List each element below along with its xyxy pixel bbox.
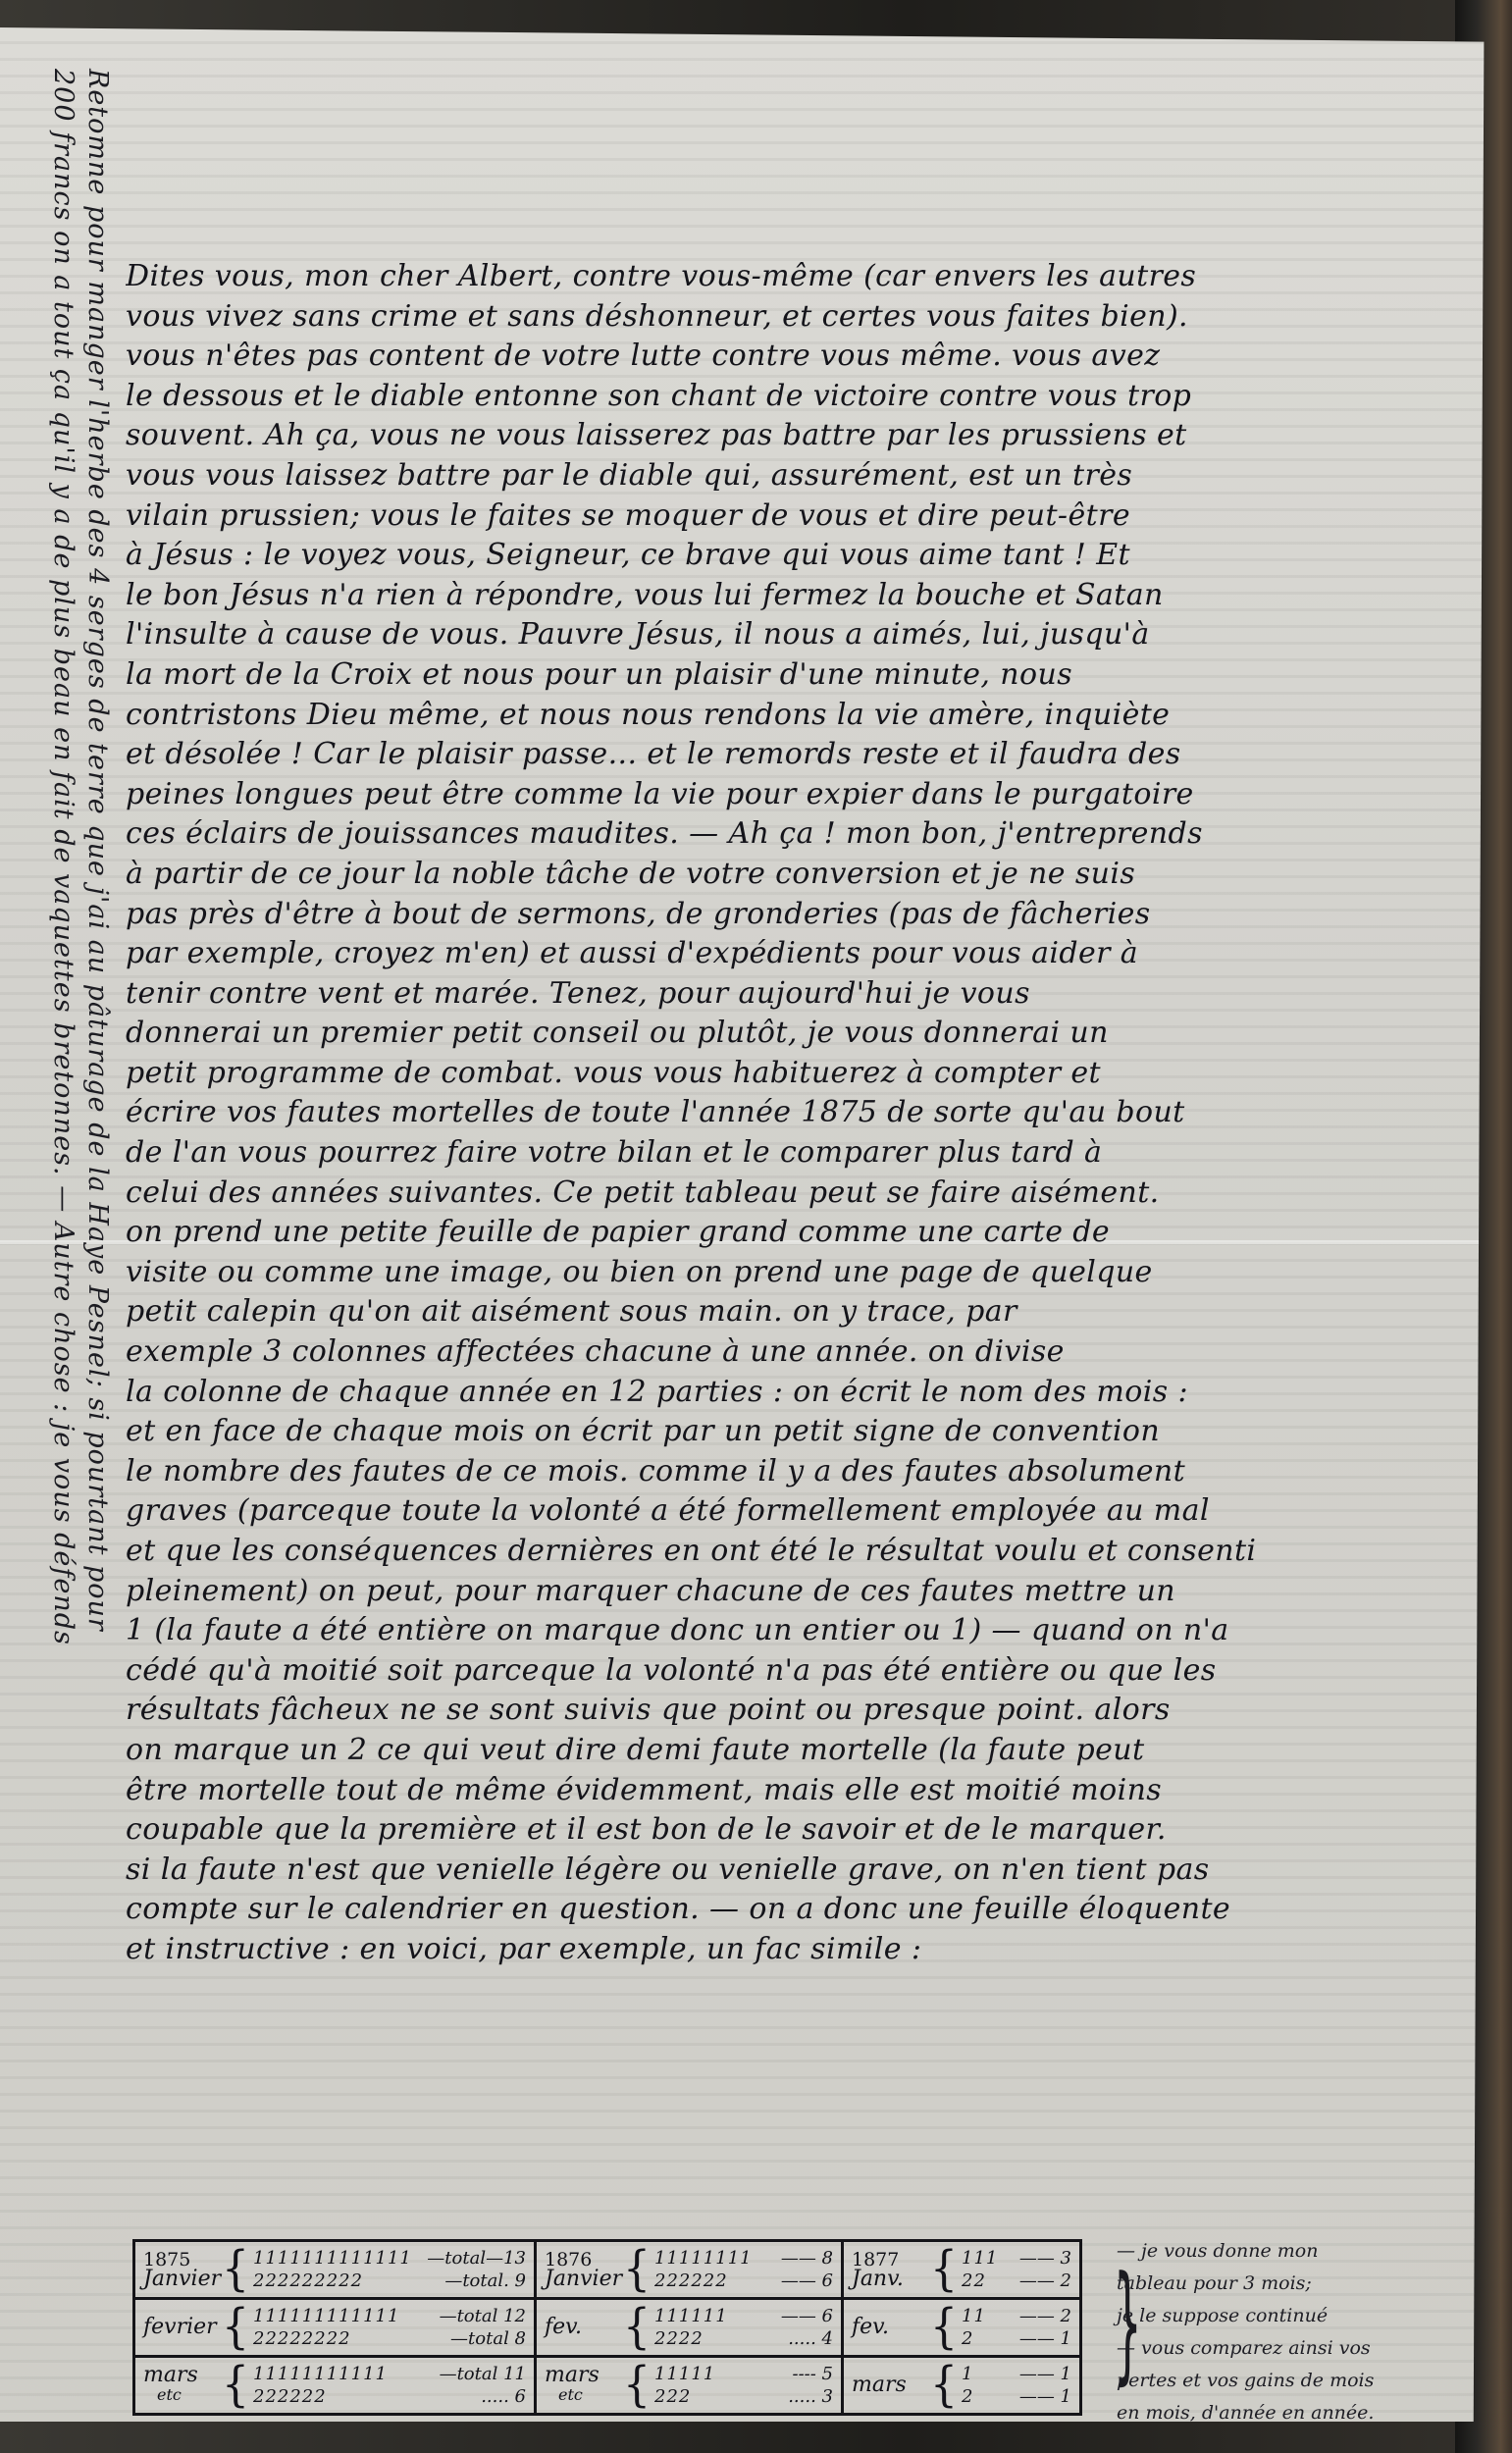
tally-row: 1875 Janvier { 1111111111111—total—13 22… (135, 2242, 534, 2300)
side-note-line: — je vous donne mon (1117, 2235, 1470, 2268)
half-fault-total: —— 2 (1019, 2270, 1071, 2292)
half-fault-total: —— 1 (1019, 2385, 1071, 2408)
tally-entries: 11111111—— 8 222222—— 6 (654, 2247, 833, 2292)
body-line: petit programme de combat. vous vous hab… (126, 1054, 1480, 1094)
body-line: pleinement) on peut, pour marquer chacun… (126, 1572, 1480, 1612)
month-label: mars etc (143, 2366, 220, 2405)
body-line: et en face de chaque mois on écrit par u… (126, 1412, 1480, 1452)
whole-fault-total: ---- 5 (792, 2363, 833, 2385)
body-line: vous n'êtes pas content de votre lutte c… (126, 337, 1480, 377)
tally-entries: 111111—— 6 2222..... 4 (654, 2305, 833, 2350)
tally-row: fevrier { 111111111111—total 12 22222222… (135, 2300, 534, 2358)
half-fault-total: —— 6 (781, 2270, 833, 2292)
half-fault-marks: 2 (962, 2327, 973, 2350)
month-label: mars etc (545, 2366, 621, 2405)
body-line: vous vous laissez battre par le diable q… (126, 456, 1480, 496)
body-line: compte sur le calendrier en question. — … (126, 1890, 1480, 1930)
year-column-1876: 1876 Janvier { 11111111—— 8 222222—— 6 f… (537, 2239, 844, 2416)
tally-entries: 11111111111—total 11 222222..... 6 (253, 2363, 526, 2408)
whole-fault-marks: 11111111111 (253, 2363, 388, 2385)
body-line: 1 (la faute a été entière on marque donc… (126, 1611, 1480, 1651)
body-line: à Jésus : le voyez vous, Seigneur, ce br… (126, 536, 1480, 576)
tally-row: mars etc { 11111111111—total 11 222222..… (135, 2358, 534, 2413)
whole-fault-marks: 11111 (654, 2363, 715, 2385)
table-side-note: — je vous donne mon tableau pour 3 mois;… (1114, 2235, 1470, 2429)
body-line: exemple 3 colonnes affectées chacune à u… (126, 1332, 1480, 1373)
half-fault-total: ..... 3 (788, 2385, 833, 2408)
side-note-line: je le suppose continué (1117, 2300, 1470, 2332)
month-label: fev. (852, 2318, 928, 2337)
body-line: écrire vos fautes mortelles de toute l'a… (126, 1093, 1480, 1133)
body-line: ces éclairs de jouissances maudites. — A… (126, 814, 1480, 855)
half-fault-marks: 222222 (253, 2385, 327, 2408)
tally-entries: 111111111111—total 12 22222222—total 8 (253, 2305, 526, 2350)
body-line: si la faute n'est que venielle légère ou… (126, 1851, 1480, 1891)
whole-fault-marks: 111 (962, 2247, 998, 2270)
tally-row: mars etc { 11111---- 5 222..... 3 (537, 2358, 841, 2413)
body-line: le dessous et le diable entonne son chan… (126, 377, 1480, 417)
body-line: vilain prussien; vous le faites se moque… (126, 496, 1480, 537)
whole-fault-total: —— 3 (1019, 2247, 1071, 2270)
body-line: la colonne de chaque année en 12 parties… (126, 1373, 1480, 1413)
whole-fault-total: —total 11 (440, 2363, 526, 2385)
body-line: Dites vous, mon cher Albert, contre vous… (126, 257, 1480, 297)
body-line: pas près d'être à bout de sermons, de gr… (126, 895, 1480, 935)
body-line: contristons Dieu même, et nous nous rend… (126, 696, 1480, 736)
month-label: 1875 Janvier (143, 2250, 220, 2289)
tally-row: 1876 Janvier { 11111111—— 8 222222—— 6 (537, 2242, 841, 2300)
body-line: cédé qu'à moitié soit parceque la volont… (126, 1651, 1480, 1692)
body-line: être mortelle tout de même évidemment, m… (126, 1771, 1480, 1811)
body-line: donnerai un premier petit conseil ou plu… (126, 1014, 1480, 1054)
whole-fault-total: —total 12 (440, 2305, 526, 2327)
body-line: la mort de la Croix et nous pour un plai… (126, 655, 1480, 696)
whole-fault-total: —— 1 (1019, 2363, 1071, 2385)
tally-row: fev. { 11—— 2 2—— 1 (844, 2300, 1079, 2358)
half-fault-marks: 2 (962, 2385, 973, 2408)
body-line: graves (parceque toute la volonté a été … (126, 1491, 1480, 1532)
body-line: de l'an vous pourrez faire votre bilan e… (126, 1133, 1480, 1174)
brace-icon: { (930, 2246, 958, 2293)
body-line: petit calepin qu'on ait aisément sous ma… (126, 1292, 1480, 1332)
body-line: résultats fâcheux ne se sont suivis que … (126, 1691, 1480, 1731)
tally-entries: 11—— 2 2—— 1 (962, 2305, 1071, 2350)
tally-entries: 1111111111111—total—13 222222222—total. … (253, 2247, 526, 2292)
half-fault-total: ..... 4 (788, 2327, 833, 2350)
side-note-line: en mois, d'année en année. (1117, 2397, 1470, 2429)
tally-row: 1877 Janv. { 111—— 3 22—— 2 (844, 2242, 1079, 2300)
whole-fault-marks: 11 (962, 2305, 986, 2327)
body-line: et instructive : en voici, par exemple, … (126, 1930, 1480, 1970)
whole-fault-marks: 111111111111 (253, 2305, 399, 2327)
margin-note-line-1: Retomne pour manger l'herbe des 4 serges… (82, 69, 113, 1632)
whole-fault-marks: 11111111 (654, 2247, 753, 2270)
year-column-1875: 1875 Janvier { 1111111111111—total—13 22… (132, 2239, 537, 2416)
side-note-line: pertes et vos gains de mois (1117, 2365, 1470, 2397)
brace-icon: { (930, 2362, 958, 2409)
body-line: vous vivez sans crime et sans déshonneur… (126, 297, 1480, 338)
brace-icon: { (623, 2304, 651, 2351)
tally-row: mars { 1—— 1 2—— 1 (844, 2358, 1079, 2413)
brace-icon: { (222, 2304, 249, 2351)
half-fault-marks: 222222 (654, 2270, 728, 2292)
half-fault-marks: 22 (962, 2270, 986, 2292)
body-line: souvent. Ah ça, vous ne vous laisserez p… (126, 416, 1480, 456)
brace-icon: { (222, 2362, 249, 2409)
body-line: par exemple, croyez m'en) et aussi d'exp… (126, 934, 1480, 974)
half-fault-marks: 222222222 (253, 2270, 363, 2292)
whole-fault-total: —— 8 (781, 2247, 833, 2270)
body-line: tenir contre vent et marée. Tenez, pour … (126, 974, 1480, 1015)
month-label: mars (852, 2375, 928, 2395)
brace-icon: { (222, 2246, 249, 2293)
body-line: celui des années suivantes. Ce petit tab… (126, 1174, 1480, 1214)
half-fault-marks: 222 (654, 2385, 691, 2408)
half-fault-total: —— 1 (1019, 2327, 1071, 2350)
whole-fault-total: —— 2 (1019, 2305, 1071, 2327)
margin-note-line-2: 200 francs on a tout ça qu'il y a de plu… (48, 69, 78, 1645)
month-label: 1876 Janvier (545, 2250, 621, 2289)
half-fault-marks: 2222 (654, 2327, 704, 2350)
tally-entries: 1—— 1 2—— 1 (962, 2363, 1071, 2408)
body-line: on marque un 2 ce qui veut dire demi fau… (126, 1731, 1480, 1771)
whole-fault-total: —— 6 (781, 2305, 833, 2327)
whole-fault-total: —total—13 (427, 2247, 526, 2270)
month-label: fevrier (143, 2318, 220, 2337)
body-line: le nombre des fautes de ce mois. comme i… (126, 1452, 1480, 1492)
body-line: à partir de ce jour la noble tâche de vo… (126, 855, 1480, 895)
half-fault-total: —total. 9 (444, 2270, 526, 2292)
tally-entries: 111—— 3 22—— 2 (962, 2247, 1071, 2292)
body-line: et que les conséquences dernières en ont… (126, 1532, 1480, 1572)
tally-row: fev. { 111111—— 6 2222..... 4 (537, 2300, 841, 2358)
whole-fault-marks: 1111111111111 (253, 2247, 412, 2270)
month-label: fev. (545, 2318, 621, 2337)
half-fault-total: —total 8 (450, 2327, 526, 2350)
brace-icon: { (623, 2246, 651, 2293)
letter-body: Dites vous, mon cher Albert, contre vous… (126, 257, 1480, 1970)
month-label: 1877 Janv. (852, 2250, 928, 2289)
brace-icon: { (623, 2362, 651, 2409)
body-line: peines longues peut être comme la vie po… (126, 775, 1480, 815)
side-note-line: — vous comparez ainsi vos (1117, 2332, 1470, 2365)
body-line: on prend une petite feuille de papier gr… (126, 1213, 1480, 1253)
body-line: le bon Jésus n'a rien à répondre, vous l… (126, 576, 1480, 616)
half-fault-marks: 22222222 (253, 2327, 351, 2350)
brace-icon: { (930, 2304, 958, 2351)
half-fault-total: ..... 6 (481, 2385, 526, 2408)
body-line: et désolée ! Car le plaisir passe... et … (126, 735, 1480, 775)
whole-fault-marks: 111111 (654, 2305, 728, 2327)
tally-entries: 11111---- 5 222..... 3 (654, 2363, 833, 2408)
year-column-1877: 1877 Janv. { 111—— 3 22—— 2 fev. { 11—— … (844, 2239, 1082, 2416)
whole-fault-marks: 1 (962, 2363, 973, 2385)
body-line: l'insulte à cause de vous. Pauvre Jésus,… (126, 615, 1480, 655)
body-line: visite ou comme une image, ou bien on pr… (126, 1253, 1480, 1293)
side-note-line: tableau pour 3 mois; (1117, 2268, 1470, 2300)
body-line: coupable que la première et il est bon d… (126, 1810, 1480, 1851)
fault-tally-table: 1875 Janvier { 1111111111111—total—13 22… (132, 2239, 1082, 2416)
